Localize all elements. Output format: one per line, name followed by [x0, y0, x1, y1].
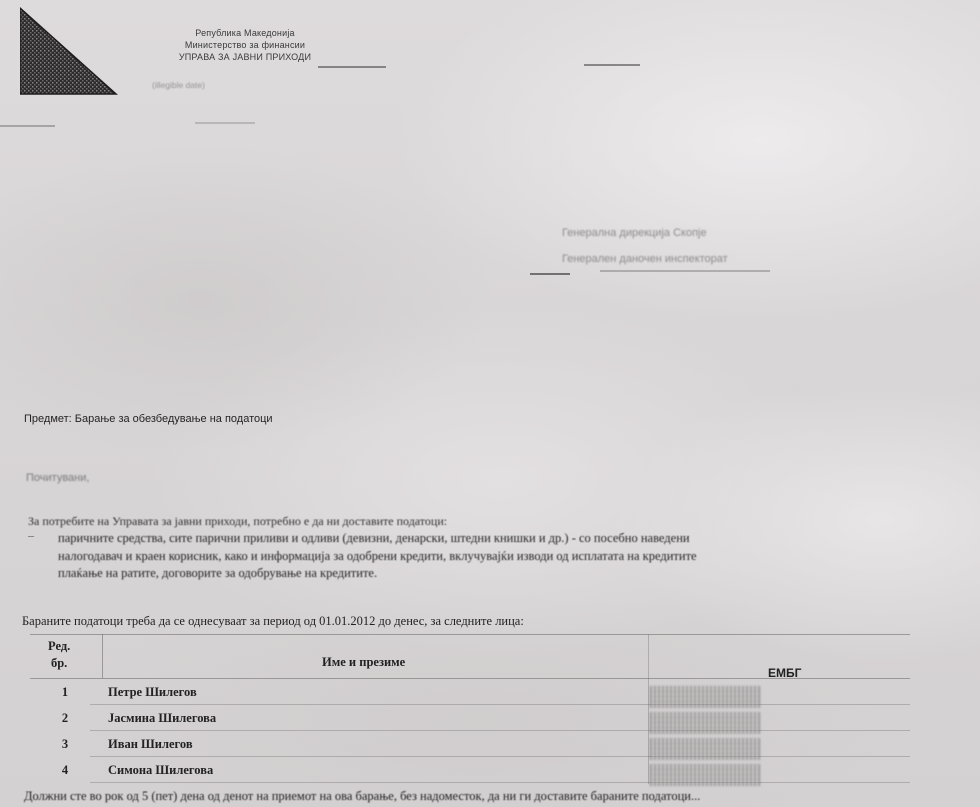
table-divider [102, 634, 103, 678]
row-divider [90, 730, 910, 731]
header-full-name: Име и презиме [322, 655, 405, 670]
table-row-name: Јасмина Шилегова [108, 711, 216, 726]
recipient-line-1: Генерална дирекција Скопје [562, 220, 728, 246]
header-embg: ЕМБГ [768, 666, 801, 680]
table-row-name: Симона Шилегова [108, 763, 213, 778]
bullet-line-1: паричните средства, сите парични приливи… [58, 530, 958, 548]
header-underline [318, 66, 386, 68]
row-divider [90, 782, 910, 783]
recipient-underline [530, 273, 570, 275]
fold-mark [0, 125, 55, 127]
table-divider [648, 634, 649, 784]
issuer-ministry: Министерство за финансии [150, 39, 340, 51]
header-num-line-1: Ред. [48, 638, 70, 655]
row-divider [90, 756, 910, 757]
issuer-header: Република Македонија Министерство за фин… [150, 27, 340, 63]
deadline-statement: Должни сте во рок од 5 (пет) дена од ден… [24, 789, 700, 804]
requested-data-list: паричните средства, сите парични приливи… [58, 530, 958, 583]
table-row-number: 2 [58, 711, 72, 726]
recipient-block: Генерална дирекција Скопје Генерален дан… [562, 220, 728, 272]
issue-date: (illegible date) [152, 80, 205, 90]
table-border-top [30, 634, 910, 635]
table-row-name: Иван Шилегов [108, 737, 193, 752]
redacted-embg [650, 764, 760, 786]
body-intro: За потребите на Управата за јавни приход… [28, 514, 447, 529]
persons-table: Ред. бр. Име и презиме ЕМБГ 1 Петре Шиле… [30, 634, 980, 788]
row-divider [90, 704, 910, 705]
header-row-number: Ред. бр. [48, 638, 70, 672]
redacted-embg [650, 738, 760, 760]
redacted-logo-icon [20, 6, 118, 96]
table-row-number: 1 [58, 685, 72, 700]
issuer-country: Република Македонија [150, 27, 340, 39]
issuer-office: УПРАВА ЗА ЈАВНИ ПРИХОДИ [150, 51, 340, 63]
header-num-line-2: бр. [48, 655, 70, 672]
bullet-line-2: налогодавач и краен корисник, како и инф… [58, 548, 958, 566]
period-statement: Бараните податоци треба да се однесуваат… [22, 614, 524, 629]
fold-mark [195, 122, 255, 124]
salutation: Почитувани, [26, 472, 89, 484]
table-row-number: 3 [58, 737, 72, 752]
letter-subject: Предмет: Барање за обезбедување на подат… [24, 413, 273, 425]
bullet-line-3: плаќање на ратите, договорите за одобрув… [58, 565, 958, 583]
redacted-embg [650, 712, 760, 734]
bullet-dash: – [28, 528, 34, 543]
scanned-document-page: Република Македонија Министерство за фин… [0, 0, 980, 807]
table-row-number: 4 [58, 763, 72, 778]
table-row-name: Петре Шилегов [108, 685, 197, 700]
recipient-line-2: Генерален даночен инспекторат [562, 246, 728, 272]
redacted-embg [650, 686, 760, 708]
recipient-underline [600, 270, 770, 272]
header-underline-right [584, 64, 640, 66]
